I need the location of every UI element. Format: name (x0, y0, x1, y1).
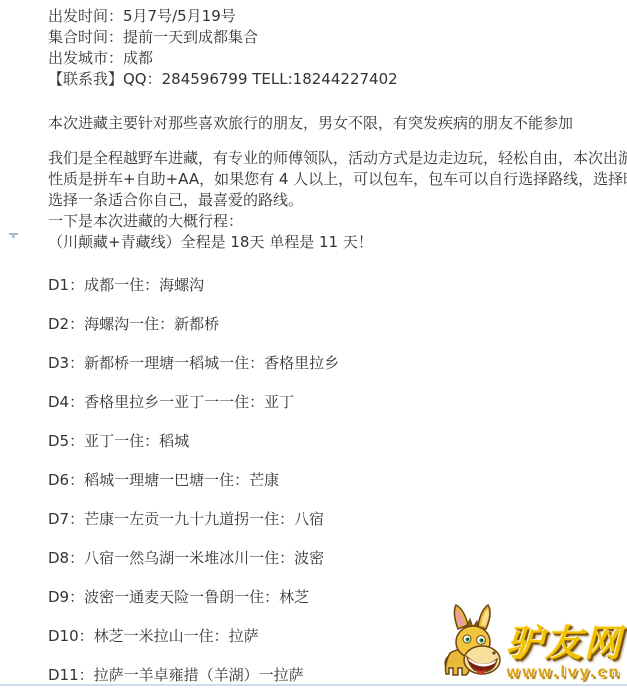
site-watermark: 驴友网 www.lvy.cn (442, 601, 623, 683)
intro-paragraph: 本次进藏主要针对那些喜欢旅行的朋友，男女不限，有突发疾病的朋友不能参加 (48, 113, 613, 134)
document-page: 出发时间：5月7号/5月19号 集合时间：提前一天到成都集合 出发城市：成都 【… (0, 0, 627, 683)
contact-line: 【联系我】QQ：284596799 TELL:18244227402 (48, 69, 613, 90)
site-name: 驴友网 (506, 626, 623, 662)
watermark-text: 驴友网 www.lvy.cn (506, 626, 623, 683)
itinerary-day-3: D3：新都桥一理塘一稻城一住：香格里拉乡 (48, 355, 613, 371)
itinerary-day-8: D8：八宿一然乌湖一米堆冰川一住：波密 (48, 550, 613, 566)
departure-time-line: 出发时间：5月7号/5月19号 (48, 6, 613, 27)
donkey-mascot-icon (442, 601, 504, 683)
itinerary-day-2: D2：海螺沟一住：新都桥 (48, 316, 613, 332)
itinerary-day-5: D5：亚丁一住：稻城 (48, 433, 613, 449)
itinerary-day-6: D6：稻城一理塘一巴塘一住：芒康 (48, 472, 613, 488)
trip-description-line-3: 选择一条适合你自己，最喜爱的路线。 (48, 190, 613, 211)
margin-anchor-marker (9, 233, 18, 235)
bottom-border (0, 684, 627, 686)
trip-description-block: 我们是全程越野车进藏，有专业的师傅领队，活动方式是边走边玩，轻松自由，本次出游的… (48, 148, 613, 253)
site-url: www.lvy.cn (506, 663, 623, 681)
itinerary-day-7: D7：芒康一左贡一九十九道拐一住：八宿 (48, 511, 613, 527)
departure-city-line: 出发城市：成都 (48, 48, 613, 69)
trip-description-line-1: 我们是全程越野车进藏，有专业的师傅领队，活动方式是边走边玩，轻松自由，本次出游的 (48, 148, 613, 169)
route-intro-line: 一下是本次进藏的大概行程： (48, 211, 613, 232)
meeting-time-line: 集合时间：提前一天到成都集合 (48, 27, 613, 48)
route-summary-line: （川颠藏+青藏线）全程是 18天 单程是 11 天！ (48, 232, 613, 253)
header-block: 出发时间：5月7号/5月19号 集合时间：提前一天到成都集合 出发城市：成都 【… (48, 6, 613, 90)
trip-description-line-2: 性质是拼车+自助+AA，如果您有 4 人以上，可以包车，包车可以自行选择路线，选… (48, 169, 613, 190)
itinerary-day-1: D1：成都一住：海螺沟 (48, 277, 613, 293)
itinerary-day-4: D4：香格里拉乡一亚丁一一住：亚丁 (48, 394, 613, 410)
